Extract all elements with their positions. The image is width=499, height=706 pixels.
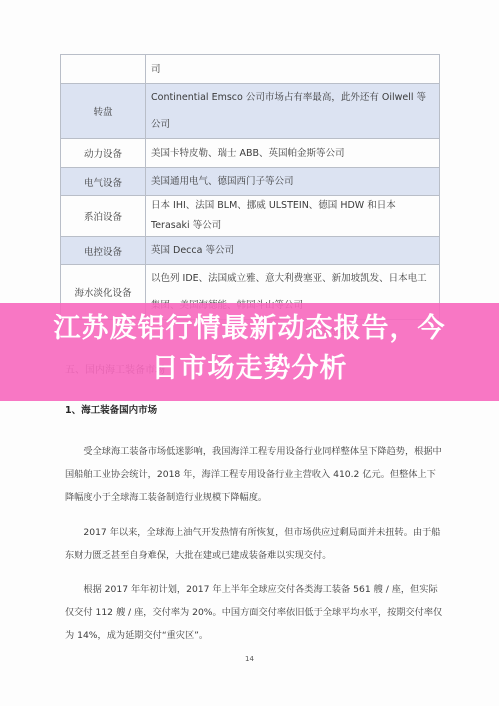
paragraph: 2017 年以来，全球海上油气开发热情有所恢复，但市场供应过剩局面并未扭转。由于… [65, 521, 443, 567]
title-banner: 江苏废铝行情最新动态报告，今 日市场走势分析 [0, 303, 499, 401]
paragraph: 受全球海工装备市场低迷影响，我国海洋工程专用设备行业同样整体呈下降趋势，根据中国… [65, 440, 443, 509]
paragraph: 根据 2017 年年初计划，2017 年上半年全球应交付各类海工装备 561 艘… [65, 578, 443, 647]
banner-title: 江苏废铝行情最新动态报告，今 日市场走势分析 [0, 309, 499, 389]
table-row: 动力设备 美国卡特皮勒、瑞士 ABB、英国帕金斯等公司 [61, 139, 440, 168]
table-row: 系泊设备 日本 IHI、法国 BLM、挪威 ULSTEIN、德国 HDW 和日本… [61, 196, 440, 237]
equipment-supplier-table: 司 转盘 Continential Emsco 公司市场占有率最高，此外还有 O… [60, 54, 440, 320]
table-key-cell [61, 55, 146, 84]
page-number: 14 [0, 655, 499, 663]
table-value-cell: Continential Emsco 公司市场占有率最高，此外还有 Oilwel… [146, 84, 440, 139]
table-value-cell: 司 [146, 55, 440, 84]
table-row: 司 [61, 55, 440, 84]
table-key-cell: 转盘 [61, 84, 146, 139]
table-key-cell: 系泊设备 [61, 196, 146, 237]
banner-title-line-1: 江苏废铝行情最新动态报告，今 [0, 309, 499, 349]
banner-title-line-2: 日市场走势分析 [0, 349, 499, 389]
table-value-cell: 美国通用电气、德国西门子等公司 [146, 168, 440, 196]
table-key-cell: 电气设备 [61, 168, 146, 196]
table-row: 转盘 Continential Emsco 公司市场占有率最高，此外还有 Oil… [61, 84, 440, 139]
table-value-cell: 日本 IHI、法国 BLM、挪威 ULSTEIN、德国 HDW 和日本 Tera… [146, 196, 440, 237]
table-key-cell: 电控设备 [61, 237, 146, 265]
table-value-cell: 美国卡特皮勒、瑞士 ABB、英国帕金斯等公司 [146, 139, 440, 168]
table-value-cell: 英国 Decca 等公司 [146, 237, 440, 265]
subsection-heading: 1、海工装备国内市场 [65, 402, 157, 416]
table-row: 电气设备 美国通用电气、德国西门子等公司 [61, 168, 440, 196]
table-row: 电控设备 英国 Decca 等公司 [61, 237, 440, 265]
table-key-cell: 动力设备 [61, 139, 146, 168]
